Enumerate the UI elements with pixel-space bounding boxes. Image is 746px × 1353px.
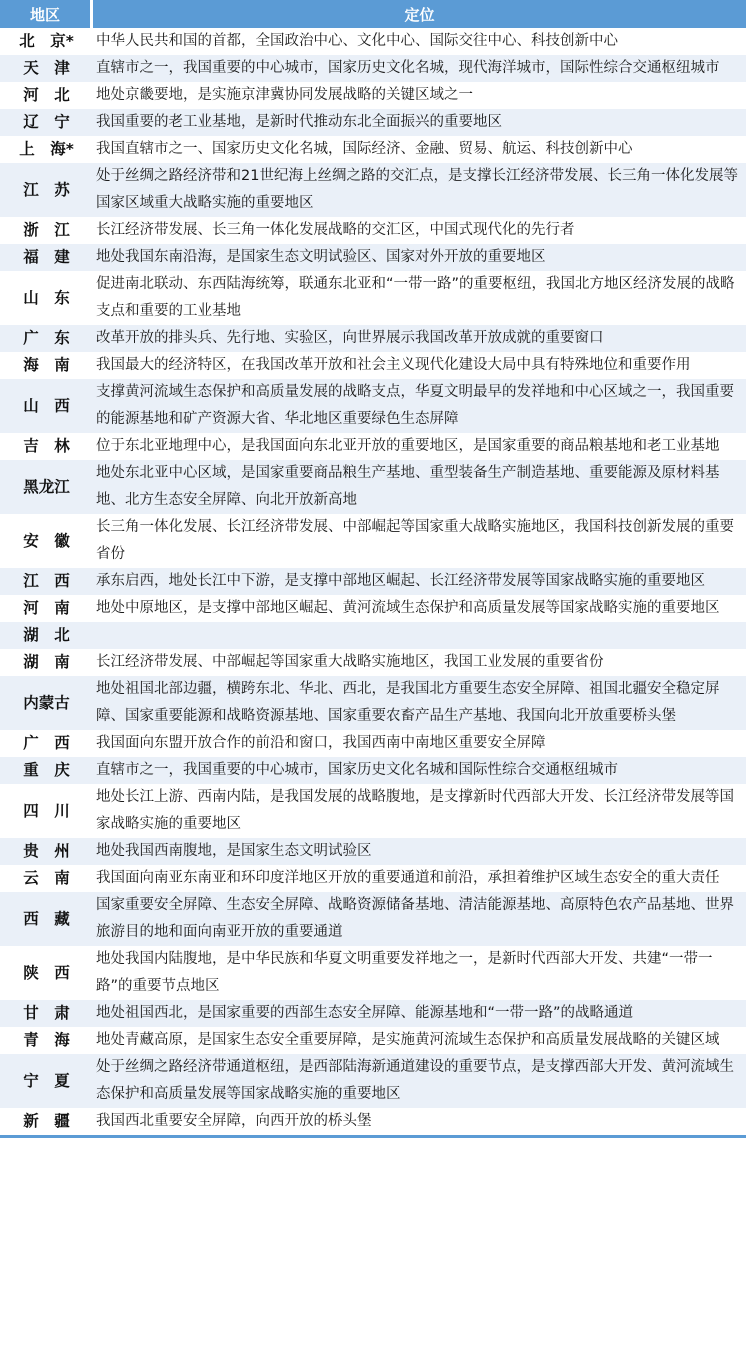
region-name-cell: 西 藏	[0, 892, 93, 946]
region-positioning-cell: 地处祖国西北，是国家重要的西部生态安全屏障、能源基地和“一带一路”的战略通道	[93, 1000, 746, 1027]
region-name-cell: 新 疆	[0, 1108, 93, 1135]
table-row: 吉 林位于东北亚地理中心，是我国面向东北亚开放的重要地区，是国家重要的商品粮基地…	[0, 433, 746, 460]
column-header-positioning: 定位	[93, 0, 746, 28]
table-row: 辽 宁我国重要的老工业基地，是新时代推动东北全面振兴的重要地区	[0, 109, 746, 136]
region-positioning-cell: 我国面向南亚东南亚和环印度洋地区开放的重要通道和前沿，承担着维护区域生态安全的重…	[93, 865, 746, 892]
table-row: 湖 南长江经济带发展、中部崛起等国家重大战略实施地区，我国工业发展的重要省份	[0, 649, 746, 676]
region-positioning-cell: 我国最大的经济特区，在我国改革开放和社会主义现代化建设大局中具有特殊地位和重要作…	[93, 352, 746, 379]
region-positioning-cell: 处于丝绸之路经济带通道枢纽，是西部陆海新通道建设的重要节点，是支撑西部大开发、黄…	[93, 1054, 746, 1108]
table-row: 贵 州地处我国西南腹地，是国家生态文明试验区	[0, 838, 746, 865]
table-row: 山 东促进南北联动、东西陆海统筹，联通东北亚和“一带一路”的重要枢纽，我国北方地…	[0, 271, 746, 325]
region-name-cell: 上 海*	[0, 136, 93, 163]
region-positioning-cell: 长江经济带发展、中部崛起等国家重大战略实施地区，我国工业发展的重要省份	[93, 649, 746, 676]
table-row: 青 海地处青藏高原，是国家生态安全重要屏障，是实施黄河流域生态保护和高质量发展战…	[0, 1027, 746, 1054]
region-positioning-cell: 地处中原地区，是支撑中部地区崛起、黄河流域生态保护和高质量发展等国家战略实施的重…	[93, 595, 746, 622]
region-name-cell: 辽 宁	[0, 109, 93, 136]
region-positioning-cell: 国家重要安全屏障、生态安全屏障、战略资源储备基地、清洁能源基地、高原特色农产品基…	[93, 892, 746, 946]
table-row: 湖 北	[0, 622, 746, 649]
table-row: 新 疆我国西北重要安全屏障，向西开放的桥头堡	[0, 1108, 746, 1135]
region-name-cell: 黑龙江	[0, 460, 93, 514]
table-row: 安 徽长三角一体化发展、长江经济带发展、中部崛起等国家重大战略实施地区，我国科技…	[0, 514, 746, 568]
region-name-cell: 青 海	[0, 1027, 93, 1054]
region-positioning-cell: 位于东北亚地理中心，是我国面向东北亚开放的重要地区，是国家重要的商品粮基地和老工…	[93, 433, 746, 460]
region-name-cell: 河 北	[0, 82, 93, 109]
table-header-row: 地区 定位	[0, 0, 746, 28]
region-positioning-cell: 地处东北亚中心区域，是国家重要商品粮生产基地、重型装备生产制造基地、重要能源及原…	[93, 460, 746, 514]
region-name-cell: 湖 南	[0, 649, 93, 676]
table-row: 广 西我国面向东盟开放合作的前沿和窗口，我国西南中南地区重要安全屏障	[0, 730, 746, 757]
region-positioning-cell: 长三角一体化发展、长江经济带发展、中部崛起等国家重大战略实施地区，我国科技创新发…	[93, 514, 746, 568]
table-row: 四 川地处长江上游、西南内陆，是我国发展的战略腹地，是支撑新时代西部大开发、长江…	[0, 784, 746, 838]
table-row: 云 南我国面向南亚东南亚和环印度洋地区开放的重要通道和前沿，承担着维护区域生态安…	[0, 865, 746, 892]
region-positioning-cell: 直辖市之一，我国重要的中心城市，国家历史文化名城，现代海洋城市，国际性综合交通枢…	[93, 55, 746, 82]
table-row: 内蒙古地处祖国北部边疆，横跨东北、华北、西北，是我国北方重要生态安全屏障、祖国北…	[0, 676, 746, 730]
region-positioning-cell: 我国西北重要安全屏障，向西开放的桥头堡	[93, 1108, 746, 1135]
region-positioning-table: 地区 定位 北 京*中华人民共和国的首都，全国政治中心、文化中心、国际交往中心、…	[0, 0, 746, 1135]
region-positioning-cell: 我国面向东盟开放合作的前沿和窗口，我国西南中南地区重要安全屏障	[93, 730, 746, 757]
table-row: 山 西支撑黄河流域生态保护和高质量发展的战略支点，华夏文明最早的发祥地和中心区域…	[0, 379, 746, 433]
region-name-cell: 北 京*	[0, 28, 93, 55]
region-name-cell: 山 东	[0, 271, 93, 325]
region-name-cell: 福 建	[0, 244, 93, 271]
region-name-cell: 广 东	[0, 325, 93, 352]
table-row: 河 北地处京畿要地，是实施京津冀协同发展战略的关键区域之一	[0, 82, 746, 109]
region-positioning-cell: 地处长江上游、西南内陆，是我国发展的战略腹地，是支撑新时代西部大开发、长江经济带…	[93, 784, 746, 838]
region-positioning-cell: 我国重要的老工业基地，是新时代推动东北全面振兴的重要地区	[93, 109, 746, 136]
region-name-cell: 山 西	[0, 379, 93, 433]
region-positioning-cell: 支撑黄河流域生态保护和高质量发展的战略支点，华夏文明最早的发祥地和中心区域之一，…	[93, 379, 746, 433]
table-body: 北 京*中华人民共和国的首都，全国政治中心、文化中心、国际交往中心、科技创新中心…	[0, 28, 746, 1135]
region-name-cell: 安 徽	[0, 514, 93, 568]
region-name-cell: 海 南	[0, 352, 93, 379]
region-name-cell: 云 南	[0, 865, 93, 892]
table-row: 福 建地处我国东南沿海，是国家生态文明试验区、国家对外开放的重要地区	[0, 244, 746, 271]
table-bottom-border	[0, 1135, 746, 1138]
region-name-cell: 湖 北	[0, 622, 93, 649]
table-row: 海 南我国最大的经济特区，在我国改革开放和社会主义现代化建设大局中具有特殊地位和…	[0, 352, 746, 379]
region-positioning-cell: 地处我国东南沿海，是国家生态文明试验区、国家对外开放的重要地区	[93, 244, 746, 271]
table-row: 上 海*我国直辖市之一、国家历史文化名城，国际经济、金融、贸易、航运、科技创新中…	[0, 136, 746, 163]
region-positioning-cell: 直辖市之一，我国重要的中心城市，国家历史文化名城和国际性综合交通枢纽城市	[93, 757, 746, 784]
region-name-cell: 江 苏	[0, 163, 93, 217]
table-row: 重 庆直辖市之一，我国重要的中心城市，国家历史文化名城和国际性综合交通枢纽城市	[0, 757, 746, 784]
region-positioning-cell: 地处祖国北部边疆，横跨东北、华北、西北，是我国北方重要生态安全屏障、祖国北疆安全…	[93, 676, 746, 730]
region-positioning-cell: 处于丝绸之路经济带和21世纪海上丝绸之路的交汇点，是支撑长江经济带发展、长三角一…	[93, 163, 746, 217]
table-row: 浙 江长江经济带发展、长三角一体化发展战略的交汇区，中国式现代化的先行者	[0, 217, 746, 244]
region-name-cell: 广 西	[0, 730, 93, 757]
table-row: 甘 肃地处祖国西北，是国家重要的西部生态安全屏障、能源基地和“一带一路”的战略通…	[0, 1000, 746, 1027]
table-row: 黑龙江地处东北亚中心区域，是国家重要商品粮生产基地、重型装备生产制造基地、重要能…	[0, 460, 746, 514]
table-row: 江 西承东启西，地处长江中下游，是支撑中部地区崛起、长江经济带发展等国家战略实施…	[0, 568, 746, 595]
region-name-cell: 河 南	[0, 595, 93, 622]
region-positioning-cell: 长江经济带发展、长三角一体化发展战略的交汇区，中国式现代化的先行者	[93, 217, 746, 244]
column-header-region: 地区	[0, 0, 93, 28]
table-row: 宁 夏处于丝绸之路经济带通道枢纽，是西部陆海新通道建设的重要节点，是支撑西部大开…	[0, 1054, 746, 1108]
region-positioning-cell: 地处青藏高原，是国家生态安全重要屏障，是实施黄河流域生态保护和高质量发展战略的关…	[93, 1027, 746, 1054]
region-name-cell: 重 庆	[0, 757, 93, 784]
region-positioning-cell: 我国直辖市之一、国家历史文化名城，国际经济、金融、贸易、航运、科技创新中心	[93, 136, 746, 163]
table-row: 江 苏处于丝绸之路经济带和21世纪海上丝绸之路的交汇点，是支撑长江经济带发展、长…	[0, 163, 746, 217]
table-row: 广 东改革开放的排头兵、先行地、实验区，向世界展示我国改革开放成就的重要窗口	[0, 325, 746, 352]
region-name-cell: 浙 江	[0, 217, 93, 244]
table-row: 河 南地处中原地区，是支撑中部地区崛起、黄河流域生态保护和高质量发展等国家战略实…	[0, 595, 746, 622]
region-positioning-cell	[93, 622, 746, 649]
region-name-cell: 天 津	[0, 55, 93, 82]
region-name-cell: 内蒙古	[0, 676, 93, 730]
region-name-cell: 四 川	[0, 784, 93, 838]
region-positioning-cell: 改革开放的排头兵、先行地、实验区，向世界展示我国改革开放成就的重要窗口	[93, 325, 746, 352]
table-row: 天 津直辖市之一，我国重要的中心城市，国家历史文化名城，现代海洋城市，国际性综合…	[0, 55, 746, 82]
table-row: 陕 西地处我国内陆腹地，是中华民族和华夏文明重要发祥地之一，是新时代西部大开发、…	[0, 946, 746, 1000]
region-name-cell: 吉 林	[0, 433, 93, 460]
region-positioning-cell: 促进南北联动、东西陆海统筹，联通东北亚和“一带一路”的重要枢纽，我国北方地区经济…	[93, 271, 746, 325]
table-row: 西 藏国家重要安全屏障、生态安全屏障、战略资源储备基地、清洁能源基地、高原特色农…	[0, 892, 746, 946]
region-name-cell: 贵 州	[0, 838, 93, 865]
region-name-cell: 陕 西	[0, 946, 93, 1000]
region-name-cell: 江 西	[0, 568, 93, 595]
region-positioning-cell: 承东启西，地处长江中下游，是支撑中部地区崛起、长江经济带发展等国家战略实施的重要…	[93, 568, 746, 595]
region-positioning-cell: 地处我国西南腹地，是国家生态文明试验区	[93, 838, 746, 865]
region-name-cell: 宁 夏	[0, 1054, 93, 1108]
region-positioning-cell: 中华人民共和国的首都，全国政治中心、文化中心、国际交往中心、科技创新中心	[93, 28, 746, 55]
region-name-cell: 甘 肃	[0, 1000, 93, 1027]
table-row: 北 京*中华人民共和国的首都，全国政治中心、文化中心、国际交往中心、科技创新中心	[0, 28, 746, 55]
region-positioning-cell: 地处京畿要地，是实施京津冀协同发展战略的关键区域之一	[93, 82, 746, 109]
region-positioning-cell: 地处我国内陆腹地，是中华民族和华夏文明重要发祥地之一，是新时代西部大开发、共建“…	[93, 946, 746, 1000]
